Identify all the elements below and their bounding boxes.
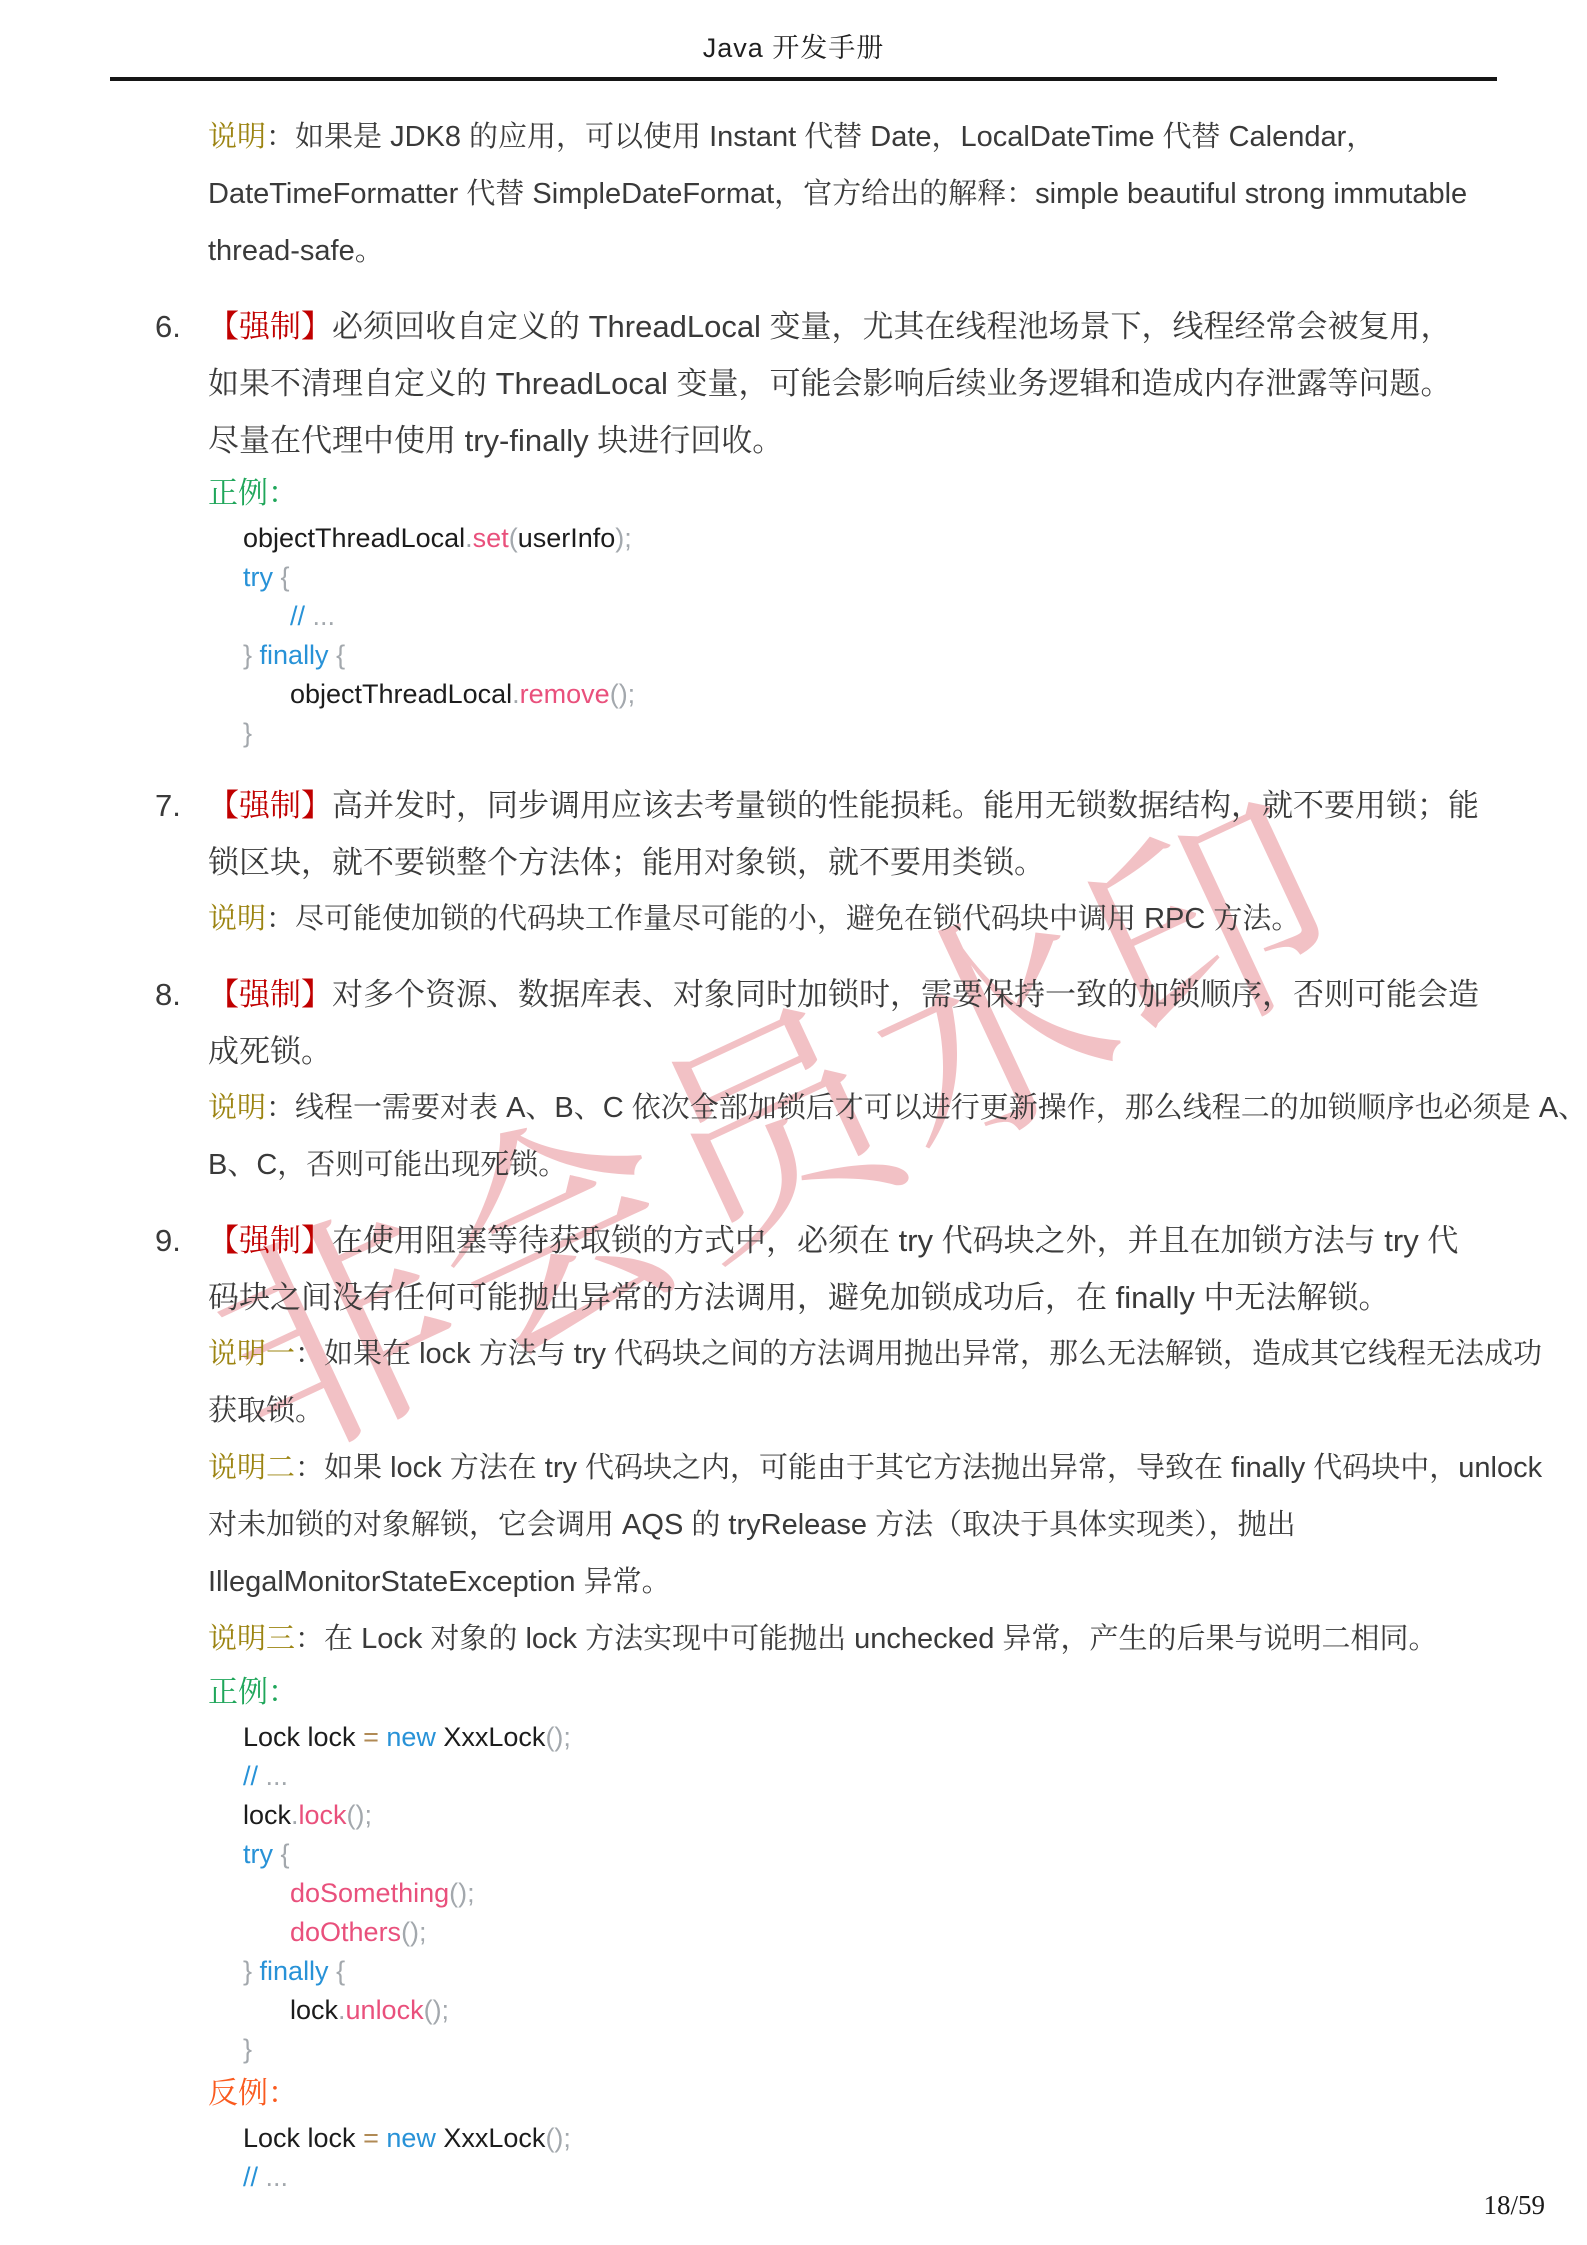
segment-text: 成死锁。 bbox=[208, 1034, 332, 1069]
segment-kw: finally bbox=[260, 1956, 337, 1986]
segment-text: 必须回收自定义的 ThreadLocal 变量，尤其在线程池场景下，线程经常会被… bbox=[332, 309, 1452, 344]
segment-note-label: 说明 bbox=[208, 903, 266, 935]
segment-pu: . bbox=[465, 523, 473, 553]
segment-pu: (); bbox=[545, 2123, 570, 2153]
code-line: lock.lock(); bbox=[243, 1796, 1547, 1835]
example-label: 正例： bbox=[208, 1668, 1547, 1718]
item-number: 6. bbox=[155, 298, 181, 355]
segment-pu: ( bbox=[509, 523, 518, 553]
segment-pu: } bbox=[243, 718, 252, 748]
segment-kw: // bbox=[243, 1761, 266, 1791]
segment-kw: finally bbox=[260, 640, 337, 670]
segment-fn: remove bbox=[520, 679, 610, 709]
segment-text: ：如果是 JDK8 的应用，可以使用 Instant 代替 Date，Local… bbox=[266, 121, 1375, 153]
text-line: 获取锁。 bbox=[208, 1383, 1547, 1440]
segment-pu: (); bbox=[449, 1878, 474, 1908]
segment-text: XxxLock bbox=[443, 1722, 545, 1752]
segment-note-label: 说明一 bbox=[208, 1338, 295, 1370]
segment-text: XxxLock bbox=[443, 2123, 545, 2153]
segment-pu: (); bbox=[610, 679, 635, 709]
text-line: IllegalMonitorStateException 异常。 bbox=[208, 1554, 1547, 1611]
segment-note-label: 说明 bbox=[208, 121, 266, 153]
segment-neg: 反例： bbox=[208, 2077, 298, 2110]
note-paragraph: 说明：线程一需要对表 A、B、C 依次全部加锁后才可以进行更新操作，那么线程二的… bbox=[208, 1080, 1547, 1194]
code-line: doSomething(); bbox=[243, 1874, 1547, 1913]
segment-pu: (); bbox=[401, 1917, 426, 1947]
segment-text: objectThreadLocal bbox=[243, 523, 465, 553]
code-line: try { bbox=[243, 1835, 1547, 1874]
code-line: lock.unlock(); bbox=[243, 1991, 1547, 2030]
segment-text: 码块之间没有任何可能抛出异常的方法调用，避免加锁成功后，在 finally 中无… bbox=[208, 1280, 1389, 1315]
list-item: 7.【强制】高并发时，同步调用应该去考量锁的性能损耗。能用无锁数据结构，就不要用… bbox=[208, 777, 1547, 891]
segment-text: Lock lock bbox=[243, 1722, 363, 1752]
segment-pu: { bbox=[281, 562, 290, 592]
code-line: // ... bbox=[243, 2158, 1547, 2197]
segment-pu: ... bbox=[266, 1761, 289, 1791]
note-paragraph: 说明一：如果在 lock 方法与 try 代码块之间的方法调用抛出异常，那么无法… bbox=[208, 1326, 1547, 1440]
item-number: 7. bbox=[155, 777, 181, 834]
segment-pu: . bbox=[512, 679, 520, 709]
segment-text: ：尽可能使加锁的代码块工作量尽可能的小，避免在锁代码块中调用 RPC 方法。 bbox=[266, 903, 1300, 935]
segment-pu: ); bbox=[615, 523, 632, 553]
text-line: B、C，否则可能出现死锁。 bbox=[208, 1137, 1547, 1194]
text-line: 说明：线程一需要对表 A、B、C 依次全部加锁后才可以进行更新操作，那么线程二的… bbox=[208, 1080, 1547, 1137]
segment-note-label: 说明 bbox=[208, 1092, 266, 1124]
segment-strong: 【强制】 bbox=[208, 1223, 332, 1258]
segment-kw: new bbox=[386, 2123, 443, 2153]
segment-pu: { bbox=[281, 1839, 290, 1869]
text-line: 说明：如果是 JDK8 的应用，可以使用 Instant 代替 Date，Loc… bbox=[208, 109, 1547, 166]
example-label: 正例： bbox=[208, 469, 1547, 519]
segment-text: ：如果 lock 方法在 try 代码块之内，可能由于其它方法抛出异常，导致在 … bbox=[295, 1452, 1542, 1484]
segment-text: B、C，否则可能出现死锁。 bbox=[208, 1149, 567, 1181]
segment-pu: { bbox=[336, 1956, 345, 1986]
segment-text: 高并发时，同步调用应该去考量锁的性能损耗。能用无锁数据结构，就不要用锁；能 bbox=[332, 788, 1479, 823]
segment-eq: = bbox=[363, 2123, 386, 2153]
segment-text: objectThreadLocal bbox=[290, 679, 512, 709]
text-line: 说明：尽可能使加锁的代码块工作量尽可能的小，避免在锁代码块中调用 RPC 方法。 bbox=[208, 891, 1547, 948]
segment-text: lock bbox=[243, 1800, 291, 1830]
text-line: 反例： bbox=[208, 2069, 1547, 2119]
text-line: 锁区块，就不要锁整个方法体；能用对象锁，就不要用类锁。 bbox=[208, 834, 1547, 891]
note-paragraph: 说明：如果是 JDK8 的应用，可以使用 Instant 代替 Date，Loc… bbox=[208, 109, 1547, 280]
segment-strong: 【强制】 bbox=[208, 977, 332, 1012]
segment-text: thread-safe。 bbox=[208, 235, 384, 267]
segment-fn: set bbox=[473, 523, 509, 553]
text-line: 成死锁。 bbox=[208, 1023, 1547, 1080]
code-line: doOthers(); bbox=[243, 1913, 1547, 1952]
text-line: 正例： bbox=[208, 1668, 1547, 1718]
segment-kw: // bbox=[243, 2162, 266, 2192]
segment-text: ：如果在 lock 方法与 try 代码块之间的方法调用抛出异常，那么无法解锁，… bbox=[295, 1338, 1542, 1370]
segment-kw: // bbox=[290, 601, 313, 631]
text-line: 【强制】在使用阻塞等待获取锁的方式中，必须在 try 代码块之外，并且在加锁方法… bbox=[208, 1212, 1547, 1269]
item-number: 8. bbox=[155, 966, 181, 1023]
segment-text: ：线程一需要对表 A、B、C 依次全部加锁后才可以进行更新操作，那么线程二的加锁… bbox=[266, 1092, 1587, 1124]
segment-text: 对未加锁的对象解锁，它会调用 AQS 的 tryRelease 方法（取决于具体… bbox=[208, 1509, 1296, 1541]
text-line: thread-safe。 bbox=[208, 223, 1547, 280]
segment-strong: 【强制】 bbox=[208, 309, 332, 344]
segment-eq: = bbox=[363, 1722, 386, 1752]
text-line: 尽量在代理中使用 try-finally 块进行回收。 bbox=[208, 412, 1547, 469]
segment-text: DateTimeFormatter 代替 SimpleDateFormat，官方… bbox=[208, 178, 1467, 210]
segment-kw: new bbox=[386, 1722, 443, 1752]
text-line: DateTimeFormatter 代替 SimpleDateFormat，官方… bbox=[208, 166, 1547, 223]
segment-pos: 正例： bbox=[208, 477, 298, 510]
item-number: 9. bbox=[155, 1212, 181, 1269]
page-title: Java 开发手册 bbox=[0, 0, 1587, 65]
segment-pu: ... bbox=[266, 2162, 289, 2192]
segment-text: 尽量在代理中使用 try-finally 块进行回收。 bbox=[208, 423, 783, 458]
segment-text: 锁区块，就不要锁整个方法体；能用对象锁，就不要用类锁。 bbox=[208, 845, 1045, 880]
code-line: Lock lock = new XxxLock(); bbox=[243, 2119, 1547, 2158]
note-paragraph: 说明：尽可能使加锁的代码块工作量尽可能的小，避免在锁代码块中调用 RPC 方法。 bbox=[208, 891, 1547, 948]
text-line: 说明三：在 Lock 对象的 lock 方法实现中可能抛出 unchecked … bbox=[208, 1611, 1547, 1668]
text-line: 如果不清理自定义的 ThreadLocal 变量，可能会影响后续业务逻辑和造成内… bbox=[208, 355, 1547, 412]
segment-pu: (); bbox=[424, 1995, 449, 2025]
code-block: objectThreadLocal.set(userInfo);try {// … bbox=[243, 519, 1547, 753]
segment-kw: try bbox=[243, 562, 281, 592]
segment-note-label: 说明二 bbox=[208, 1452, 295, 1484]
segment-text: ：在 Lock 对象的 lock 方法实现中可能抛出 unchecked 异常，… bbox=[295, 1623, 1437, 1655]
segment-text: userInfo bbox=[518, 523, 616, 553]
list-item: 8.【强制】对多个资源、数据库表、对象同时加锁时，需要保持一致的加锁顺序，否则可… bbox=[208, 966, 1547, 1080]
segment-fn: doOthers bbox=[290, 1917, 401, 1947]
list-item: 6.【强制】必须回收自定义的 ThreadLocal 变量，尤其在线程池场景下，… bbox=[208, 298, 1547, 469]
segment-kw: try bbox=[243, 1839, 281, 1869]
code-line: // ... bbox=[243, 597, 1547, 636]
text-line: 正例： bbox=[208, 469, 1547, 519]
code-line: objectThreadLocal.set(userInfo); bbox=[243, 519, 1547, 558]
text-line: 说明一：如果在 lock 方法与 try 代码块之间的方法调用抛出异常，那么无法… bbox=[208, 1326, 1547, 1383]
header-rule bbox=[110, 77, 1497, 81]
page-number: 18/59 bbox=[1483, 2190, 1545, 2221]
segment-text: 对多个资源、数据库表、对象同时加锁时，需要保持一致的加锁顺序，否则可能会造 bbox=[332, 977, 1479, 1012]
text-line: 【强制】对多个资源、数据库表、对象同时加锁时，需要保持一致的加锁顺序，否则可能会… bbox=[208, 966, 1547, 1023]
segment-text: lock bbox=[290, 1995, 338, 2025]
segment-text: 在使用阻塞等待获取锁的方式中，必须在 try 代码块之外，并且在加锁方法与 tr… bbox=[332, 1223, 1458, 1258]
code-line: Lock lock = new XxxLock(); bbox=[243, 1718, 1547, 1757]
note-paragraph: 说明二：如果 lock 方法在 try 代码块之内，可能由于其它方法抛出异常，导… bbox=[208, 1440, 1547, 1611]
code-block: Lock lock = new XxxLock();// ... bbox=[243, 2119, 1547, 2197]
text-line: 【强制】必须回收自定义的 ThreadLocal 变量，尤其在线程池场景下，线程… bbox=[208, 298, 1547, 355]
segment-pu: (); bbox=[347, 1800, 372, 1830]
segment-fn: doSomething bbox=[290, 1878, 449, 1908]
code-line: try { bbox=[243, 558, 1547, 597]
segment-pu: (); bbox=[545, 1722, 570, 1752]
code-line: } bbox=[243, 714, 1547, 753]
segment-pu: { bbox=[336, 640, 345, 670]
text-line: 说明二：如果 lock 方法在 try 代码块之内，可能由于其它方法抛出异常，导… bbox=[208, 1440, 1547, 1497]
code-block: Lock lock = new XxxLock();// ...lock.loc… bbox=[243, 1718, 1547, 2069]
list-item: 9.【强制】在使用阻塞等待获取锁的方式中，必须在 try 代码块之外，并且在加锁… bbox=[208, 1212, 1547, 1326]
code-line: } finally { bbox=[243, 636, 1547, 675]
segment-pu: } bbox=[243, 640, 260, 670]
code-line: } bbox=[243, 2030, 1547, 2069]
segment-pu: ... bbox=[313, 601, 336, 631]
text-line: 【强制】高并发时，同步调用应该去考量锁的性能损耗。能用无锁数据结构，就不要用锁；… bbox=[208, 777, 1547, 834]
segment-note-label: 说明三 bbox=[208, 1623, 295, 1655]
segment-pos: 正例： bbox=[208, 1676, 298, 1709]
code-line: } finally { bbox=[243, 1952, 1547, 1991]
segment-text: Lock lock bbox=[243, 2123, 363, 2153]
segment-pu: . bbox=[338, 1995, 346, 2025]
document-body: 说明：如果是 JDK8 的应用，可以使用 Instant 代替 Date，Loc… bbox=[208, 109, 1547, 2197]
example-label: 反例： bbox=[208, 2069, 1547, 2119]
segment-pu: } bbox=[243, 2034, 252, 2064]
text-line: 对未加锁的对象解锁，它会调用 AQS 的 tryRelease 方法（取决于具体… bbox=[208, 1497, 1547, 1554]
segment-text: IllegalMonitorStateException 异常。 bbox=[208, 1566, 671, 1598]
note-paragraph: 说明三：在 Lock 对象的 lock 方法实现中可能抛出 unchecked … bbox=[208, 1611, 1547, 1668]
segment-pu: . bbox=[291, 1800, 299, 1830]
code-line: objectThreadLocal.remove(); bbox=[243, 675, 1547, 714]
segment-strong: 【强制】 bbox=[208, 788, 332, 823]
code-line: // ... bbox=[243, 1757, 1547, 1796]
document-page: 非会员水印 Java 开发手册 说明：如果是 JDK8 的应用，可以使用 Ins… bbox=[0, 0, 1587, 2245]
segment-fn: lock bbox=[299, 1800, 347, 1830]
segment-text: 如果不清理自定义的 ThreadLocal 变量，可能会影响后续业务逻辑和造成内… bbox=[208, 366, 1452, 401]
text-line: 码块之间没有任何可能抛出异常的方法调用，避免加锁成功后，在 finally 中无… bbox=[208, 1269, 1547, 1326]
segment-pu: } bbox=[243, 1956, 260, 1986]
segment-text: 获取锁。 bbox=[208, 1395, 324, 1427]
segment-fn: unlock bbox=[346, 1995, 424, 2025]
